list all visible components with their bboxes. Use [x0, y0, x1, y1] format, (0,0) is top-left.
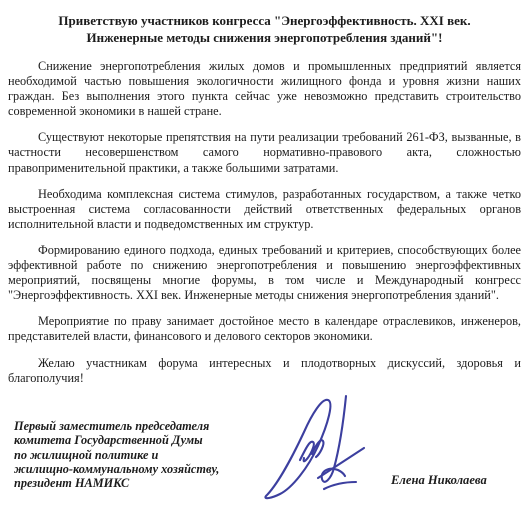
signer-position-title: Первый заместитель председателя комитета… [14, 419, 219, 491]
signature-strokes [265, 396, 364, 498]
paragraph: Существуют некоторые препятствия на пути… [8, 130, 521, 175]
paragraph: Снижение энергопотребления жилых домов и… [8, 59, 521, 119]
paragraph: Мероприятие по праву занимает достойное … [8, 314, 521, 344]
signer-name: Елена Николаева [391, 473, 487, 488]
paragraph: Желаю участникам форума интересных и пло… [8, 356, 521, 386]
letter-page: Приветствую участников конгресса "Энерго… [0, 0, 530, 514]
paragraph: Формированию единого подхода, единых тре… [8, 243, 521, 303]
paragraph: Необходима комплексная система стимулов,… [8, 187, 521, 232]
letter-title: Приветствую участников конгресса "Энерго… [14, 13, 515, 46]
letter-body: Снижение энергопотребления жилых домов и… [8, 59, 521, 386]
handwritten-signature-icon [260, 389, 382, 503]
signature-block: Первый заместитель председателя комитета… [8, 397, 521, 513]
